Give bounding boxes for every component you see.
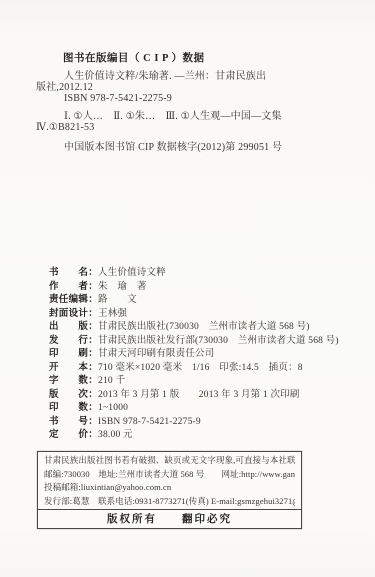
- info-row-value: 710 毫米×1020 毫米 1/16 印张:14.5 插页：8: [98, 363, 303, 373]
- info-row-format: 开 本：710 毫米×1020 毫米 1/16 印张:14.5 插页：8: [49, 362, 349, 376]
- info-row-title: 书 名：人生价值诗文粹: [49, 267, 349, 281]
- notice-lines: 甘肃民族出版社图书若有破损、缺页或无文字现象,可直接与本社联系调换。 邮编:73…: [38, 452, 301, 508]
- info-row-label: 封面设计：: [49, 309, 98, 319]
- info-row-label: 定 价：: [49, 430, 98, 440]
- cip-heading: 图书在版编目（ C I P ）数据: [63, 50, 205, 65]
- info-row-word-count: 字 数：210 千: [49, 375, 349, 389]
- info-row-label: 书 号：: [49, 417, 98, 427]
- info-row-value: 甘肃民族出版社发行部(730030 兰州市读者大道 568 号): [98, 336, 339, 346]
- info-row-value: 210 千: [98, 376, 125, 386]
- copyright-footer: 版权所有 翻印必究: [38, 509, 301, 528]
- info-row-value: 2013 年 3 月第 1 版 2013 年 3 月第 1 次印刷: [98, 390, 300, 400]
- info-row-label: 出 版：: [49, 322, 98, 332]
- info-row-label: 字 数：: [49, 376, 98, 386]
- info-row-label: 印 刷：: [49, 349, 98, 359]
- info-row-label: 作 者：: [49, 282, 98, 292]
- info-row-isbn: 书 号：ISBN 978-7-5421-2275-9: [49, 416, 349, 430]
- cip-line: Ⅳ.①B821-53: [36, 123, 326, 134]
- cip-line: ISBN 978-7-5421-2275-9: [36, 94, 326, 105]
- notice-box: 甘肃民族出版社图书若有破损、缺页或无文字现象,可直接与本社联系调换。 邮编:73…: [37, 451, 302, 529]
- info-row-publisher: 出 版：甘肃民族出版社(730030 兰州市读者大道 568 号): [49, 321, 349, 335]
- info-row-value: 路 文: [98, 295, 137, 305]
- info-row-label: 印 数：: [49, 403, 98, 413]
- info-row-cover-design: 封面设计：王林强: [49, 308, 349, 322]
- info-row-editor: 责任编辑：路 文: [49, 294, 349, 308]
- notice-line-distribution-contact: 发行部:葛慧 联系电话:0931-8773271(传真) E-mail:gsmz…: [44, 495, 295, 509]
- notice-line-submission-email: 投稿邮箱:liuxintian@yahoo.com.cn: [44, 481, 295, 495]
- info-row-value: 甘肃民族出版社(730030 兰州市读者大道 568 号): [98, 322, 310, 332]
- info-row-label: 发 行：: [49, 336, 98, 346]
- info-row-value: 人生价值诗文粹: [98, 268, 166, 278]
- notice-line-exchange: 甘肃民族出版社图书若有破损、缺页或无文字现象,可直接与本社联系调换。: [44, 454, 295, 468]
- info-row-author: 作 者：朱 瑜 著: [49, 281, 349, 295]
- info-row-value: 甘肃天河印刷有限责任公司: [98, 349, 214, 359]
- info-row-value: 王林强: [98, 309, 127, 319]
- info-row-value: ISBN 978-7-5421-2275-9: [98, 417, 201, 427]
- info-row-printer: 印 刷：甘肃天河印刷有限责任公司: [49, 348, 349, 362]
- cip-section: 人生价值诗文粹/朱瑜著. —兰州：甘肃民族出 版社,2012.12 ISBN 9…: [36, 72, 326, 154]
- info-row-edition: 版 次：2013 年 3 月第 1 版 2013 年 3 月第 1 次印刷: [49, 389, 349, 403]
- info-row-value: 38.00 元: [98, 430, 133, 440]
- book-info-section: 书 名：人生价值诗文粹 作 者：朱 瑜 著 责任编辑：路 文 封面设计：王林强 …: [49, 267, 349, 443]
- info-row-value: 1~1000: [98, 403, 128, 413]
- info-row-label: 开 本：: [49, 363, 98, 373]
- cip-line: 版社,2012.12: [36, 83, 326, 94]
- info-row-label: 版 次：: [49, 390, 98, 400]
- info-row-print-run: 印 数：1~1000: [49, 402, 349, 416]
- copyright-page: 图书在版编目（ C I P ）数据 人生价值诗文粹/朱瑜著. —兰州：甘肃民族出…: [0, 0, 375, 577]
- info-row-price: 定 价：38.00 元: [49, 429, 349, 443]
- info-row-label: 责任编辑：: [49, 295, 98, 305]
- info-row-value: 朱 瑜 著: [98, 282, 147, 292]
- notice-line-address-website: 邮编:730030 地址:兰州市读者大道 568 号 网址:http://www…: [44, 468, 295, 482]
- info-row-distributor: 发 行：甘肃民族出版社发行部(730030 兰州市读者大道 568 号): [49, 335, 349, 349]
- cip-record-number: 中国版本图书馆 CIP 数据核字(2012)第 299051 号: [36, 143, 326, 154]
- info-row-label: 书 名：: [49, 268, 98, 278]
